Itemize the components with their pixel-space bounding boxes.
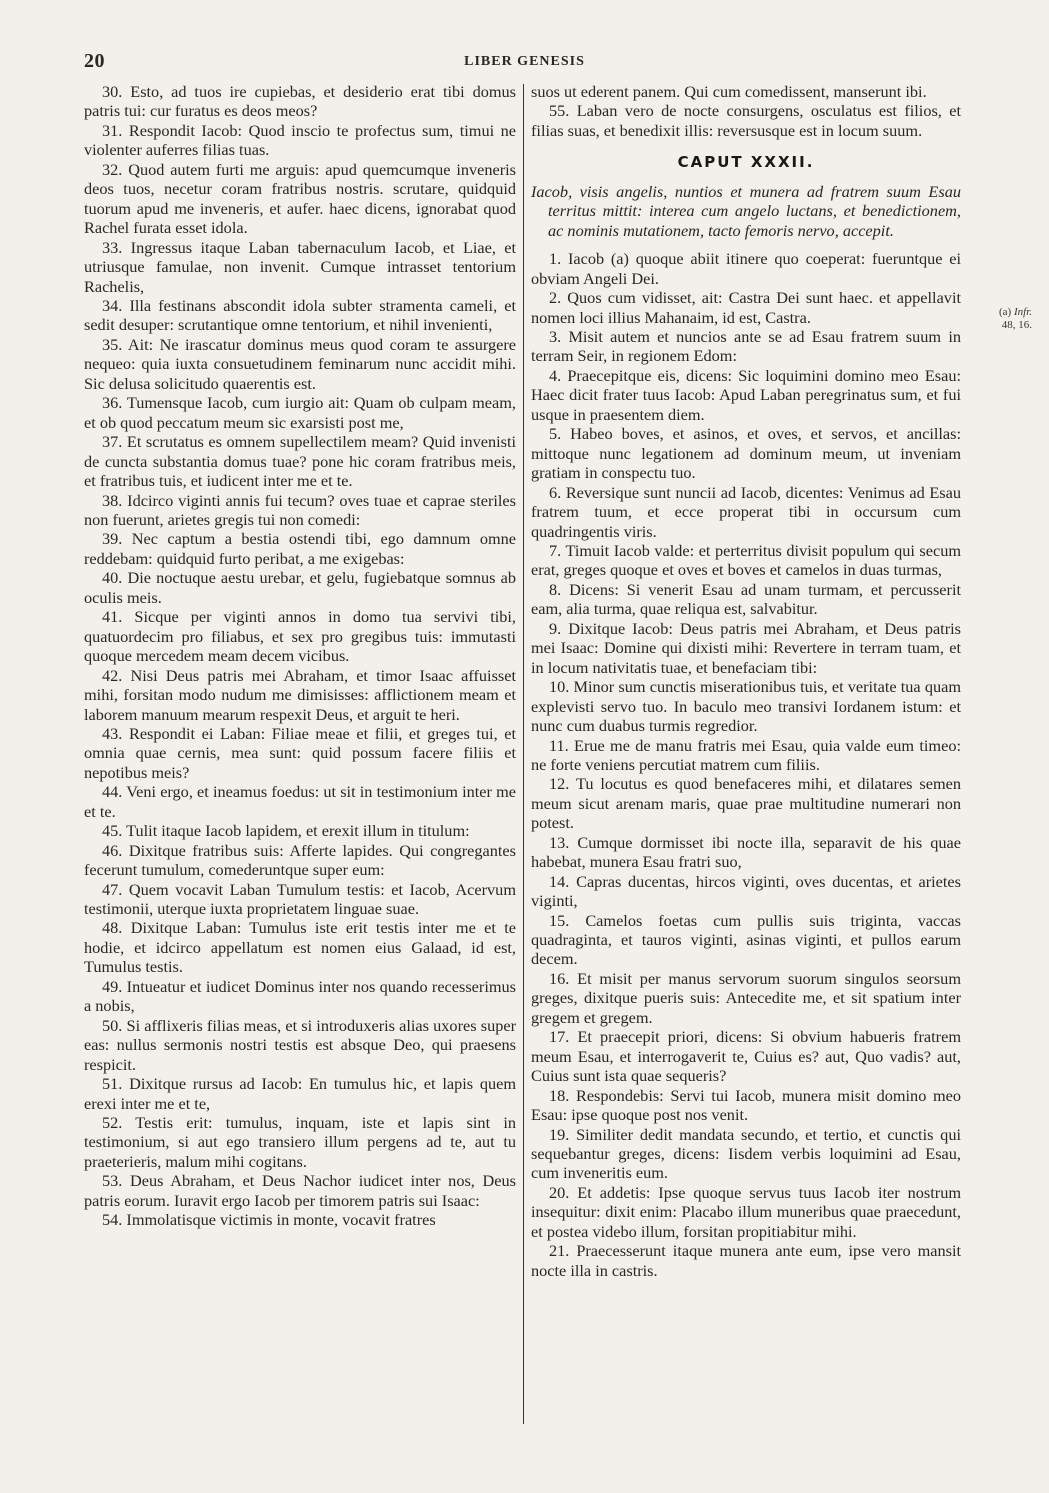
- verse-paragraph: 50. Si afflixeris filias meas, et si int…: [84, 1016, 516, 1074]
- marginal-ref: Infr.: [1014, 306, 1032, 318]
- verse-paragraph: 49. Intueatur et iudicet Dominus inter n…: [84, 977, 516, 1016]
- verse-paragraph: 1. Iacob (a) quoque abiit itinere quo co…: [531, 249, 961, 288]
- verse-paragraph: 30. Esto, ad tuos ire cupiebas, et desid…: [84, 82, 516, 121]
- verse-paragraph: 39. Nec captum a bestia ostendi tibi, eg…: [84, 529, 516, 568]
- verse-paragraph: 6. Reversique sunt nuncii ad Iacob, dice…: [531, 483, 961, 541]
- verse-paragraph: 41. Sicque per viginti annos in domo tua…: [84, 607, 516, 665]
- verse-paragraph: 8. Dicens: Si venerit Esau ad unam turma…: [531, 580, 961, 619]
- verse-paragraph: 31. Respondit Iacob: Quod inscio te prof…: [84, 121, 516, 160]
- verse-paragraph: 38. Idcirco viginti annis fui tecum? ove…: [84, 491, 516, 530]
- verse-paragraph: 13. Cumque dormisset ibi nocte illa, sep…: [531, 833, 961, 872]
- verse-55: 55. Laban vero de nocte consurgens, oscu…: [531, 101, 961, 140]
- left-column: 30. Esto, ad tuos ire cupiebas, et desid…: [84, 82, 516, 1230]
- verse-paragraph: 35. Ait: Ne irascatur dominus meus quod …: [84, 335, 516, 393]
- verse-paragraph: 2. Quos cum vidisset, ait: Castra Dei su…: [531, 288, 961, 327]
- verse-paragraph: 44. Veni ergo, et ineamus foedus: ut sit…: [84, 782, 516, 821]
- chapter-title: CAPUT XXXII.: [531, 153, 961, 172]
- marginal-location: 48, 16.: [1002, 319, 1032, 331]
- right-column: suos ut ederent panem. Qui cum comedisse…: [531, 82, 961, 1280]
- verse-paragraph: 18. Respondebis: Servi tui Iacob, munera…: [531, 1086, 961, 1125]
- verse-paragraph: 14. Capras ducentas, hircos viginti, ove…: [531, 872, 961, 911]
- verse-paragraph: 32. Quod autem furti me arguis: apud que…: [84, 160, 516, 238]
- verse-paragraph: 19. Similiter dedit mandata secundo, et …: [531, 1125, 961, 1183]
- verse-paragraph: 34. Illa festinans abscondit idola subte…: [84, 296, 516, 335]
- verse-paragraph: 40. Die noctuque aestu urebar, et gelu, …: [84, 568, 516, 607]
- verse-continuation: suos ut ederent panem. Qui cum comedisse…: [531, 82, 961, 101]
- verse-paragraph: 46. Dixitque fratribus suis: Afferte lap…: [84, 841, 516, 880]
- column-divider: [523, 84, 524, 1424]
- verse-paragraph: 42. Nisi Deus patris mei Abraham, et tim…: [84, 666, 516, 724]
- verse-paragraph: 12. Tu locutus es quod benefaceres mihi,…: [531, 774, 961, 832]
- verse-paragraph: 15. Camelos foetas cum pullis suis trigi…: [531, 911, 961, 969]
- verse-paragraph: 11. Erue me de manu fratris mei Esau, qu…: [531, 736, 961, 775]
- verse-paragraph: 4. Praecepitque eis, dicens: Sic loquimi…: [531, 366, 961, 424]
- verse-paragraph: 9. Dixitque Iacob: Deus patris mei Abrah…: [531, 619, 961, 677]
- verse-paragraph: 10. Minor sum cunctis miserationibus tui…: [531, 677, 961, 735]
- verse-paragraph: 7. Timuit Iacob valde: et perterritus di…: [531, 541, 961, 580]
- verse-paragraph: 45. Tulit itaque Iacob lapidem, et erexi…: [84, 821, 516, 840]
- verse-paragraph: 21. Praecesserunt itaque munera ante eum…: [531, 1241, 961, 1280]
- verse-paragraph: 52. Testis erit: tumulus, inquam, iste e…: [84, 1113, 516, 1171]
- verse-paragraph: 51. Dixitque rursus ad Iacob: En tumulus…: [84, 1074, 516, 1113]
- verse-paragraph: 17. Et praecepit priori, dicens: Si obvi…: [531, 1027, 961, 1085]
- marginal-note: (a) Infr. 48, 16.: [970, 306, 1032, 332]
- verse-paragraph: 3. Misit autem et nuncios ante se ad Esa…: [531, 327, 961, 366]
- verse-paragraph: 48. Dixitque Laban: Tumulus iste erit te…: [84, 918, 516, 976]
- running-head: LIBER GENESIS: [0, 54, 1049, 70]
- chapter-verses: 1. Iacob (a) quoque abiit itinere quo co…: [531, 249, 961, 1280]
- chapter-summary: Iacob, visis angelis, nuntios et munera …: [531, 182, 961, 240]
- marginal-marker: (a): [999, 306, 1011, 318]
- verse-paragraph: 53. Deus Abraham, et Deus Nachor iudicet…: [84, 1171, 516, 1210]
- verse-paragraph: 5. Habeo boves, et asinos, et oves, et s…: [531, 424, 961, 482]
- verse-paragraph: 54. Immolatisque victimis in monte, voca…: [84, 1210, 516, 1229]
- verse-paragraph: 36. Tumensque Iacob, cum iurgio ait: Qua…: [84, 393, 516, 432]
- verse-paragraph: 16. Et misit per manus servorum suorum s…: [531, 969, 961, 1027]
- verse-paragraph: 37. Et scrutatus es omnem supellectilem …: [84, 432, 516, 490]
- verse-paragraph: 43. Respondit ei Laban: Filiae meae et f…: [84, 724, 516, 782]
- verse-paragraph: 20. Et addetis: Ipse quoque servus tuus …: [531, 1183, 961, 1241]
- verse-paragraph: 47. Quem vocavit Laban Tumulum testis: e…: [84, 880, 516, 919]
- verse-paragraph: 33. Ingressus itaque Laban tabernaculum …: [84, 238, 516, 296]
